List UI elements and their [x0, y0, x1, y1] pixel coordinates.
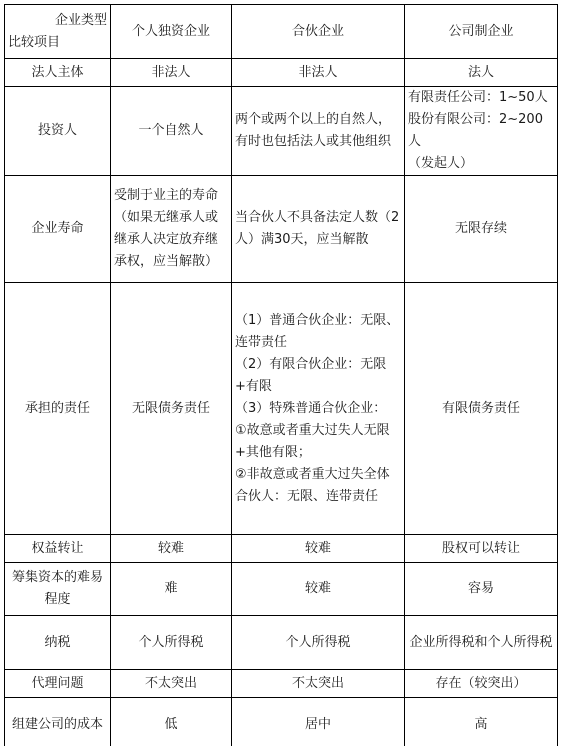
corner-header-cell: 企业类型 比较项目 — [5, 5, 111, 59]
corner-header-top: 企业类型 — [8, 10, 107, 32]
cell-partnership: 较难 — [232, 563, 405, 616]
cell-company: 存在（较突出） — [405, 670, 558, 698]
row-label: 企业寿命 — [5, 176, 111, 283]
cell-sole: 不太突出 — [111, 670, 232, 698]
table-row: 组建公司的成本 低 居中 高 — [5, 698, 558, 746]
table-row: 企业寿命 受制于业主的寿命（如果无继承人或继承人决定放弃继承权，应当解散） 当合… — [5, 176, 558, 283]
table-row: 纳税 个人所得税 个人所得税 企业所得税和个人所得税 — [5, 616, 558, 670]
cell-sole: 一个自然人 — [111, 87, 232, 176]
cell-partnership: 个人所得税 — [232, 616, 405, 670]
cell-partnership: （1）普通合伙企业：无限、连带责任 （2）有限合伙企业：无限+有限 （3）特殊普… — [232, 283, 405, 535]
cell-partnership: 居中 — [232, 698, 405, 746]
comparison-table: 企业类型 比较项目 个人独资企业 合伙企业 公司制企业 法人主体 非法人 非法人… — [4, 4, 558, 746]
cell-company: 有限责任公司：1~50人 股份有限公司：2~200人 （发起人） — [405, 87, 558, 176]
table-row: 法人主体 非法人 非法人 法人 — [5, 59, 558, 87]
row-label: 筹集资本的难易程度 — [5, 563, 111, 616]
column-header-sole: 个人独资企业 — [111, 5, 232, 59]
table-row: 筹集资本的难易程度 难 较难 容易 — [5, 563, 558, 616]
cell-line: （发起人） — [408, 153, 554, 175]
cell-sole: 较难 — [111, 535, 232, 563]
cell-company: 高 — [405, 698, 558, 746]
table-row: 代理问题 不太突出 不太突出 存在（较突出） — [5, 670, 558, 698]
cell-company: 容易 — [405, 563, 558, 616]
cell-company: 法人 — [405, 59, 558, 87]
row-label: 纳税 — [5, 616, 111, 670]
cell-partnership: 非法人 — [232, 59, 405, 87]
cell-sole: 非法人 — [111, 59, 232, 87]
cell-sole: 受制于业主的寿命（如果无继承人或继承人决定放弃继承权，应当解散） — [111, 176, 232, 283]
row-label: 法人主体 — [5, 59, 111, 87]
corner-header-bottom: 比较项目 — [8, 32, 107, 54]
cell-partnership: 两个或两个以上的自然人，有时也包括法人或其他组织 — [232, 87, 405, 176]
table-row: 承担的责任 无限债务责任 （1）普通合伙企业：无限、连带责任 （2）有限合伙企业… — [5, 283, 558, 535]
cell-line: （3）特殊普通合伙企业： — [235, 398, 401, 420]
row-label: 组建公司的成本 — [5, 698, 111, 746]
row-label: 承担的责任 — [5, 283, 111, 535]
header-row: 企业类型 比较项目 个人独资企业 合伙企业 公司制企业 — [5, 5, 558, 59]
cell-sole: 难 — [111, 563, 232, 616]
cell-company: 无限存续 — [405, 176, 558, 283]
column-header-company: 公司制企业 — [405, 5, 558, 59]
cell-partnership: 较难 — [232, 535, 405, 563]
cell-partnership: 当合伙人不具备法定人数（2人）满30天，应当解散 — [232, 176, 405, 283]
cell-partnership: 不太突出 — [232, 670, 405, 698]
cell-line: （2）有限合伙企业：无限+有限 — [235, 354, 401, 398]
table-row: 权益转让 较难 较难 股权可以转让 — [5, 535, 558, 563]
cell-line: ②非故意或者重大过失全体合伙人：无限、连带责任 — [235, 464, 401, 508]
table-row: 投资人 一个自然人 两个或两个以上的自然人，有时也包括法人或其他组织 有限责任公… — [5, 87, 558, 176]
row-label: 投资人 — [5, 87, 111, 176]
cell-line: 股份有限公司：2~200人 — [408, 109, 554, 153]
cell-company: 有限债务责任 — [405, 283, 558, 535]
cell-sole: 无限债务责任 — [111, 283, 232, 535]
cell-sole: 个人所得税 — [111, 616, 232, 670]
cell-line: ①故意或者重大过失人无限+其他有限； — [235, 420, 401, 464]
cell-line: （1）普通合伙企业：无限、连带责任 — [235, 310, 401, 354]
cell-company: 股权可以转让 — [405, 535, 558, 563]
cell-sole: 低 — [111, 698, 232, 746]
cell-company: 企业所得税和个人所得税 — [405, 616, 558, 670]
cell-line: 有限责任公司：1~50人 — [408, 87, 554, 109]
column-header-partnership: 合伙企业 — [232, 5, 405, 59]
row-label: 代理问题 — [5, 670, 111, 698]
row-label: 权益转让 — [5, 535, 111, 563]
